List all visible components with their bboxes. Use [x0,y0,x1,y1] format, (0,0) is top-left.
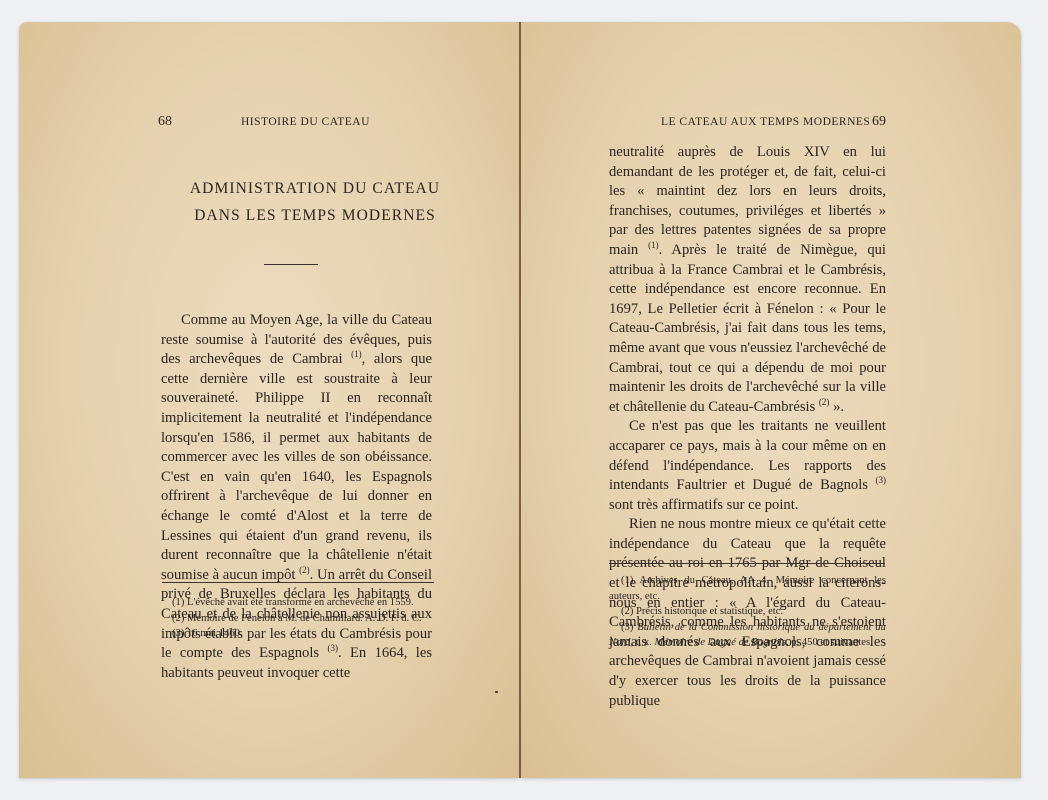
footnote-ref-1: (1) [648,240,659,250]
left-page-number: 68 [158,114,172,130]
left-running-head: HISTOIRE DU CATEAU [241,116,370,128]
left-footnotes: (1) L'évêché avait été transformé en arc… [172,595,442,642]
right-footnote-1: (1) Archives du Cateau, AA 4. Mémoire co… [609,573,886,604]
right-footnote-3: (3) Bulletin de la Commission historique… [609,620,886,651]
right-footnote-2: (2) Précis historique et statistique, et… [609,604,886,620]
footnote-ref-1: (1) [351,349,362,359]
right-paragraph-2: Ce n'est pas que les traitants ne veuill… [609,417,886,515]
left-footnote-1: (1) L'évêché avait été transformé en arc… [172,595,442,611]
right-running-head: LE CATEAU AUX TEMPS MODERNES [661,116,870,128]
footnote-ref-2: (2) [819,397,830,407]
right-footnotes: (1) Archives du Cateau, AA 4. Mémoire co… [609,573,886,651]
left-footnote-rule [162,582,434,583]
right-page-number: 69 [872,114,886,130]
left-footnote-2: (2) Mémoire de Fénelon à M. de Chamillar… [172,611,442,627]
footnote-ref-3: (3) [876,475,887,485]
chapter-title-line1: ADMINISTRATION DU CATEAU [150,180,480,198]
footnote-ref-3: (3) [327,643,338,653]
left-footnote-3: (3) 16 mai 1460. [172,626,442,642]
footnote-ref-2: (2) [299,565,310,575]
right-paragraph-1: neutralité auprès de Louis XIV en lui de… [609,143,886,417]
book-gutter [519,22,521,778]
chapter-title-line2: DANS LES TEMPS MODERNES [150,207,480,225]
title-ornament-rule [264,264,318,265]
paper-speck [495,691,498,693]
right-footnote-rule [609,563,885,564]
